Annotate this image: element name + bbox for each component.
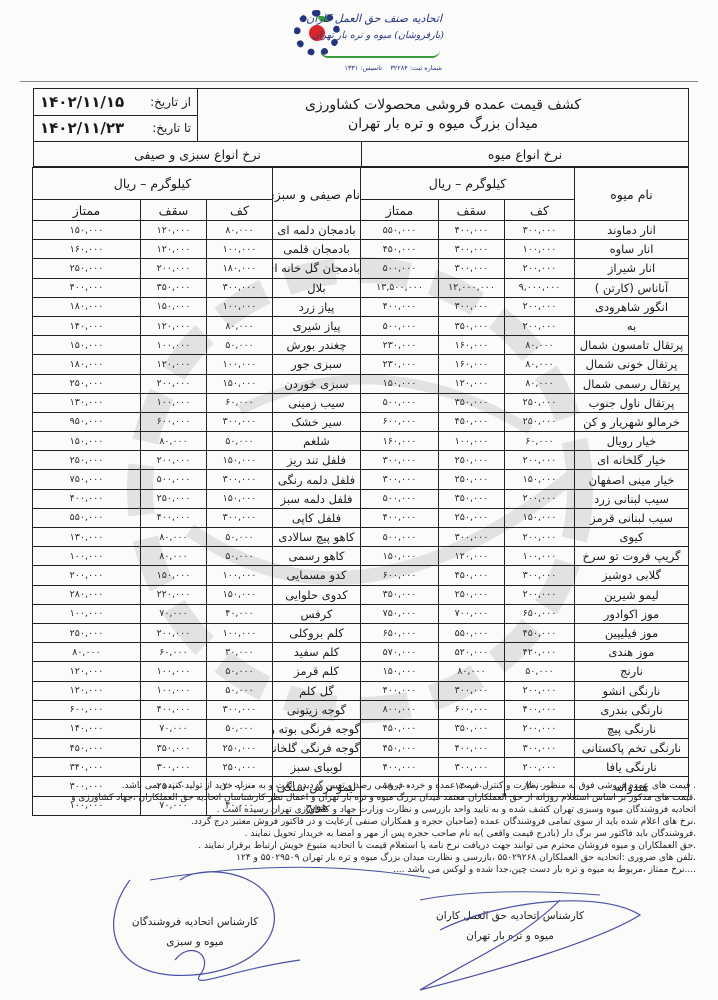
fruit-max-price: ۳۵۰,۰۰۰ xyxy=(439,393,505,412)
fruit-premium-price: ۳۰۰,۰۰۰ xyxy=(361,451,439,470)
vegetable-row: گل کلم۵۰,۰۰۰۱۰۰,۰۰۰۱۲۰,۰۰۰ xyxy=(33,681,361,700)
fruit-max-price: ۳۰۰,۰۰۰ xyxy=(439,758,505,777)
vegetable-row: فلفل کاپی۳۰۰,۰۰۰۴۰۰,۰۰۰۵۵۰,۰۰۰ xyxy=(33,508,361,527)
fruit-max-price: ۳۰۰,۰۰۰ xyxy=(439,681,505,700)
vegetable-premium-price: ۱۲۰,۰۰۰ xyxy=(33,662,141,681)
fruit-row: لیمو شیرین۲۰۰,۰۰۰۲۵۰,۰۰۰۳۵۰,۰۰۰ xyxy=(361,585,689,604)
fruit-max-price: ۳۰۰,۰۰۰ xyxy=(439,259,505,278)
vegetable-min-price: ۱۰۰,۰۰۰ xyxy=(207,623,273,642)
vegetable-min-price: ۲۵۰,۰۰۰ xyxy=(207,758,273,777)
fruit-row: نارنگی پیچ۲۰۰,۰۰۰۳۵۰,۰۰۰۴۵۰,۰۰۰ xyxy=(361,719,689,738)
fruit-max-price: ۱۶۰,۰۰۰ xyxy=(439,355,505,374)
vegetable-premium-price: ۲۸۰,۰۰۰ xyxy=(33,585,141,604)
vegetable-name-cell: فلفل دلمه سبز xyxy=(273,489,361,508)
vegetable-row: گوجه زیتونی۳۰۰,۰۰۰۴۰۰,۰۰۰۶۰۰,۰۰۰ xyxy=(33,700,361,719)
vegetable-min-price: ۵۰,۰۰۰ xyxy=(207,432,273,451)
vegetable-max-price: ۱۰۰,۰۰۰ xyxy=(141,662,207,681)
logo-registration: شماره ثبت: ۳۲۲۸۴ تاسیس: ۱۳۳۱ xyxy=(344,64,442,72)
fruit-min-price: ۲۰۰,۰۰۰ xyxy=(505,585,575,604)
vegetable-premium-price: ۸۰,۰۰۰ xyxy=(33,643,141,662)
fruit-name-cell: خیار گلخانه ای xyxy=(575,451,689,470)
fruit-premium-price: ۲۳۰,۰۰۰ xyxy=(361,336,439,355)
vegetable-max-price: ۷۰,۰۰۰ xyxy=(141,604,207,623)
fruit-min-price: ۲۰۰,۰۰۰ xyxy=(505,681,575,700)
fruit-row: خیار رویال۶۰,۰۰۰۱۰۰,۰۰۰۱۶۰,۰۰۰ xyxy=(361,432,689,451)
vegetable-max-price: ۸۰,۰۰۰ xyxy=(141,432,207,451)
fruit-row: پرتقال خونی شمال۸۰,۰۰۰۱۶۰,۰۰۰۲۳۰,۰۰۰ xyxy=(361,355,689,374)
fruit-name-cell: پرتقال تامسون شمال xyxy=(575,336,689,355)
vegetable-premium-price: ۹۵۰,۰۰۰ xyxy=(33,412,141,431)
fruit-min-price: ۲۰۰,۰۰۰ xyxy=(505,451,575,470)
vegetable-max-price: ۶۰,۰۰۰ xyxy=(141,643,207,662)
footnote-line: .قیمت های مذکور بر اساس استعلام روزانه ا… xyxy=(46,792,696,804)
fruit-premium-price: ۴۰۰,۰۰۰ xyxy=(361,297,439,316)
fruit-row: موز هندی۴۲۰,۰۰۰۵۲۰,۰۰۰۵۷۰,۰۰۰ xyxy=(361,643,689,662)
fruit-row: پرتقال رسمی شمال۸۰,۰۰۰۱۲۰,۰۰۰۱۵۰,۰۰۰ xyxy=(361,374,689,393)
footnote-line: .فروشندگان باید فاکتور سر برگ دار (بادرج… xyxy=(46,828,696,840)
fruit-max-price: ۳۵۰,۰۰۰ xyxy=(439,316,505,335)
handwritten-signature-icon xyxy=(0,860,718,1000)
vegetable-row: چغندر بورش۵۰,۰۰۰۱۰۰,۰۰۰۱۵۰,۰۰۰ xyxy=(33,336,361,355)
vegetable-max-price: ۱۲۰,۰۰۰ xyxy=(141,240,207,259)
vegetable-row: کرفس۴۰,۰۰۰۷۰,۰۰۰۱۰۰,۰۰۰ xyxy=(33,604,361,623)
vegetable-min-price: ۵۰,۰۰۰ xyxy=(207,719,273,738)
vegetable-premium-price: ۴۰۰,۰۰۰ xyxy=(33,489,141,508)
fruit-max-price: ۳۵۰,۰۰۰ xyxy=(439,719,505,738)
fruit-name-cell: پرتقال خونی شمال xyxy=(575,355,689,374)
vegetable-max-price: ۳۵۰,۰۰۰ xyxy=(141,278,207,297)
fruit-min-price: ۹,۰۰۰,۰۰۰ xyxy=(505,278,575,297)
fruit-min-price: ۶۰,۰۰۰ xyxy=(505,432,575,451)
fruit-premium-price: ۵۰۰,۰۰۰ xyxy=(361,316,439,335)
vegetable-premium-price: ۱۲۰,۰۰۰ xyxy=(33,681,141,700)
fruit-premium-price: ۷۵۰,۰۰۰ xyxy=(361,604,439,623)
vegetable-table-body: بادمجان دلمه ای۸۰,۰۰۰۱۲۰,۰۰۰۱۵۰,۰۰۰بادمج… xyxy=(33,221,361,816)
vegetable-max-price: ۸۰,۰۰۰ xyxy=(141,528,207,547)
vegetable-max-price: ۱۰۰,۰۰۰ xyxy=(141,336,207,355)
fruit-premium-price: ۶۵۰,۰۰۰ xyxy=(361,623,439,642)
fruit-row: انار دماوند۳۰۰,۰۰۰۴۰۰,۰۰۰۵۵۰,۰۰۰ xyxy=(361,221,689,240)
vegetable-premium-price: ۳۴۰,۰۰۰ xyxy=(33,758,141,777)
vegetable-max-price: ۴۰۰,۰۰۰ xyxy=(141,508,207,527)
vegetable-max-price: ۱۲۰,۰۰۰ xyxy=(141,355,207,374)
footnotes: . قیمت های عمده فروشی فوق به منظور نظارت… xyxy=(46,780,696,876)
fruit-max-price: ۷۰۰,۰۰۰ xyxy=(439,604,505,623)
to-date-row: تا تاریخ: ۱۴۰۲/۱۱/۲۳ xyxy=(34,115,197,142)
fruit-row: انگور شاهرودی۲۰۰,۰۰۰۳۰۰,۰۰۰۴۰۰,۰۰۰ xyxy=(361,297,689,316)
fruit-name-cell: گلابی دوشیز xyxy=(575,566,689,585)
vegetable-unit-header: کیلوگرم – ریال xyxy=(33,168,273,200)
fruit-max-price: ۱۶۰,۰۰۰ xyxy=(439,336,505,355)
vegetable-name-cell: بادمجان گل خانه ای xyxy=(273,259,361,278)
vegetable-name-cell: بادمجان دلمه ای xyxy=(273,221,361,240)
vegetable-max-price: ۲۵۰,۰۰۰ xyxy=(141,489,207,508)
fruit-row: نارنگی بندری۴۰۰,۰۰۰۶۰۰,۰۰۰۸۰۰,۰۰۰ xyxy=(361,700,689,719)
vegetable-min-price: ۳۰۰,۰۰۰ xyxy=(207,412,273,431)
vegetable-max-price: ۳۰۰,۰۰۰ xyxy=(141,758,207,777)
fruit-max-price: ۲۵۰,۰۰۰ xyxy=(439,508,505,527)
fruit-name-cell: سیب لبنانی زرد xyxy=(575,489,689,508)
fruit-name-cell: خرمالو شهریار و کن xyxy=(575,412,689,431)
vegetable-name-cell: گوجه فرنگی گلخانه xyxy=(273,739,361,758)
fruit-min-price: ۴۰۰,۰۰۰ xyxy=(505,700,575,719)
fruit-min-price: ۴۵۰,۰۰۰ xyxy=(505,623,575,642)
vegetable-row: سیر خشک۳۰۰,۰۰۰۶۰۰,۰۰۰۹۵۰,۰۰۰ xyxy=(33,412,361,431)
vegetable-row: گوجه فرنگی گلخانه۲۵۰,۰۰۰۳۵۰,۰۰۰۴۵۰,۰۰۰ xyxy=(33,739,361,758)
fruit-premium-price: ۵۰۰,۰۰۰ xyxy=(361,393,439,412)
vegetable-max-price: ۷۰,۰۰۰ xyxy=(141,719,207,738)
fruit-min-price: ۱۰۰,۰۰۰ xyxy=(505,240,575,259)
fruit-max-price: ۳۰۰,۰۰۰ xyxy=(439,297,505,316)
fruit-min-price: ۲۰۰,۰۰۰ xyxy=(505,758,575,777)
vegetable-max-price: ۲۰۰,۰۰۰ xyxy=(141,259,207,278)
fruit-premium-price: ۲۳۰,۰۰۰ xyxy=(361,355,439,374)
vegetable-row: کاهو رسمی۵۰,۰۰۰۸۰,۰۰۰۱۰۰,۰۰۰ xyxy=(33,547,361,566)
vegetable-premium-price: ۱۴۰,۰۰۰ xyxy=(33,719,141,738)
vegetable-premium-price: ۱۰۰,۰۰۰ xyxy=(33,547,141,566)
logo-reg-number: شماره ثبت: ۳۲۲۸۴ xyxy=(390,64,442,72)
fruit-name-cell: کیوی xyxy=(575,528,689,547)
fruit-max-price: ۱۲,۰۰۰,۰۰۰ xyxy=(439,278,505,297)
fruit-unit-header: کیلوگرم – ریال xyxy=(361,168,575,200)
vegetable-premium-price: ۲۵۰,۰۰۰ xyxy=(33,451,141,470)
vegetable-name-cell: بلال xyxy=(273,278,361,297)
vegetable-min-price: ۵۰,۰۰۰ xyxy=(207,528,273,547)
fruit-min-price: ۲۰۰,۰۰۰ xyxy=(505,489,575,508)
fruit-name-cell: انار ساوه xyxy=(575,240,689,259)
vegetable-min-price: ۳۰۰,۰۰۰ xyxy=(207,278,273,297)
vegetable-min-price: ۵۰,۰۰۰ xyxy=(207,662,273,681)
signature-right-subtitle: میوه و تره بار تهران xyxy=(420,926,600,946)
vegetable-row: پیاز شیری۸۰,۰۰۰۱۲۰,۰۰۰۱۴۰,۰۰۰ xyxy=(33,316,361,335)
vegetable-name-cell: پیاز زرد xyxy=(273,297,361,316)
vegetable-max-price: ۳۵۰,۰۰۰ xyxy=(141,739,207,758)
vegetable-name-cell: فلفل تند ریز xyxy=(273,451,361,470)
fruit-name-header: نام میوه xyxy=(575,168,689,221)
vegetable-max-price: ۱۲۰,۰۰۰ xyxy=(141,316,207,335)
vegetable-premium-price: ۲۵۰,۰۰۰ xyxy=(33,623,141,642)
document-title: کشف قیمت عمده فروشی محصولات کشاورزی میدا… xyxy=(198,89,688,141)
vegetable-min-price: ۵۰,۰۰۰ xyxy=(207,681,273,700)
signature-left-title: کارشناس اتحادیه فروشندگان xyxy=(120,912,270,932)
vegetable-name-cell: کلم قرمز xyxy=(273,662,361,681)
vegetable-name-cell: کلم بروکلی xyxy=(273,623,361,642)
vegetable-name-cell: کدوی حلوایی xyxy=(273,585,361,604)
vegetable-premium-price: ۲۵۰,۰۰۰ xyxy=(33,374,141,393)
fruit-name-cell: سیب لبنانی قرمز xyxy=(575,508,689,527)
fruit-max-price: ۲۵۰,۰۰۰ xyxy=(439,470,505,489)
vegetable-row: گوجه فرنگی بوته رس۵۰,۰۰۰۷۰,۰۰۰۱۴۰,۰۰۰ xyxy=(33,719,361,738)
vegetable-max-price: ۴۰۰,۰۰۰ xyxy=(141,700,207,719)
vegetable-row: کلم قرمز۵۰,۰۰۰۱۰۰,۰۰۰۱۲۰,۰۰۰ xyxy=(33,662,361,681)
fruit-min-price: ۸۰,۰۰۰ xyxy=(505,355,575,374)
fruit-min-price: ۸۰,۰۰۰ xyxy=(505,336,575,355)
vegetable-row: سبزی جور۱۰۰,۰۰۰۱۲۰,۰۰۰۱۸۰,۰۰۰ xyxy=(33,355,361,374)
footnote-line: اتحادیه فروشندگان میوه وسبزی تهران کشف ش… xyxy=(46,804,696,816)
vegetable-max-price: ۲۲۰,۰۰۰ xyxy=(141,585,207,604)
fruit-max-price: ۱۰۰,۰۰۰ xyxy=(439,432,505,451)
fruit-max-price: ۵۲۰,۰۰۰ xyxy=(439,643,505,662)
vegetable-min-price: ۳۰۰,۰۰۰ xyxy=(207,470,273,489)
vegetable-min-price: ۳۰,۰۰۰ xyxy=(207,643,273,662)
vegetable-max-price: ۵۰۰,۰۰۰ xyxy=(141,470,207,489)
vegetable-row: فلفل تند ریز۱۵۰,۰۰۰۲۰۰,۰۰۰۲۵۰,۰۰۰ xyxy=(33,451,361,470)
fruit-name-cell: لیمو شیرین xyxy=(575,585,689,604)
fruit-min-price: ۳۰۰,۰۰۰ xyxy=(505,739,575,758)
fruit-row: خیار مینی اصفهان۱۵۰,۰۰۰۲۵۰,۰۰۰۳۰۰,۰۰۰ xyxy=(361,470,689,489)
vegetable-premium-price: ۲۵۰,۰۰۰ xyxy=(33,259,141,278)
fruit-name-cell: نارنج xyxy=(575,662,689,681)
fruit-price-section: نرخ انواع میوه نام میوه کیلوگرم – ریال ک… xyxy=(361,142,689,797)
fruit-premium-price: ۶۰۰,۰۰۰ xyxy=(361,412,439,431)
fruit-row: نارنگی یافا۲۰۰,۰۰۰۳۰۰,۰۰۰۴۰۰,۰۰۰ xyxy=(361,758,689,777)
vegetable-row: بادمجان دلمه ای۸۰,۰۰۰۱۲۰,۰۰۰۱۵۰,۰۰۰ xyxy=(33,221,361,240)
fruit-section-title: نرخ انواع میوه xyxy=(361,142,689,167)
fruit-max-price: ۲۵۰,۰۰۰ xyxy=(439,585,505,604)
vegetable-max-price: ۱۰۰,۰۰۰ xyxy=(141,681,207,700)
logo-founded: تاسیس: ۱۳۳۱ xyxy=(344,64,382,72)
fruit-name-cell: به xyxy=(575,316,689,335)
fruit-premium-price: ۵۰۰,۰۰۰ xyxy=(361,528,439,547)
vegetable-min-price: ۱۰۰,۰۰۰ xyxy=(207,566,273,585)
vegetable-name-cell: سبزی خوردن xyxy=(273,374,361,393)
vegetable-name-cell: لوبیای سبز xyxy=(273,758,361,777)
fruit-row: نارنگی انشو۲۰۰,۰۰۰۳۰۰,۰۰۰۴۰۰,۰۰۰ xyxy=(361,681,689,700)
fruit-min-price: ۲۰۰,۰۰۰ xyxy=(505,316,575,335)
fruit-row: کیوی۲۰۰,۰۰۰۳۰۰,۰۰۰۵۰۰,۰۰۰ xyxy=(361,528,689,547)
fruit-max-price: ۲۵۰,۰۰۰ xyxy=(439,451,505,470)
from-date-value: ۱۴۰۲/۱۱/۱۵ xyxy=(40,93,124,111)
vegetable-max-price: ۸۰,۰۰۰ xyxy=(141,547,207,566)
vegetable-row: بلال۳۰۰,۰۰۰۳۵۰,۰۰۰۴۰۰,۰۰۰ xyxy=(33,278,361,297)
fruit-row: نارنج۵۰,۰۰۰۸۰,۰۰۰۱۵۰,۰۰۰ xyxy=(361,662,689,681)
vegetable-row: سیب زمینی۶۰,۰۰۰۱۰۰,۰۰۰۱۳۰,۰۰۰ xyxy=(33,393,361,412)
fruit-name-cell: موز اکوادور xyxy=(575,604,689,623)
footnote-line: .نرخ های اعلام شده باید از سوی تمامی فرو… xyxy=(46,816,696,828)
fruit-max-price: ۵۵۰,۰۰۰ xyxy=(439,623,505,642)
vegetable-row: بادمجان گل خانه ای۱۸۰,۰۰۰۲۰۰,۰۰۰۲۵۰,۰۰۰ xyxy=(33,259,361,278)
fruit-premium-price: ۴۰۰,۰۰۰ xyxy=(361,681,439,700)
logo-title: اتحادیه صنف حق العمل کاران xyxy=(306,12,442,25)
fruit-premium-price: ۳۵۰,۰۰۰ xyxy=(361,585,439,604)
vegetable-premium-price: ۶۰۰,۰۰۰ xyxy=(33,700,141,719)
fruit-row: پرتقال ناول جنوب۲۵۰,۰۰۰۳۵۰,۰۰۰۵۰۰,۰۰۰ xyxy=(361,393,689,412)
fruit-name-cell: نارنگی انشو xyxy=(575,681,689,700)
title-line-1: کشف قیمت عمده فروشی محصولات کشاورزی xyxy=(305,96,581,115)
fruit-row: موز فیلیپین۴۵۰,۰۰۰۵۵۰,۰۰۰۶۵۰,۰۰۰ xyxy=(361,623,689,642)
fruit-name-cell: گریپ فروت تو سرخ xyxy=(575,547,689,566)
vegetable-row: پیاز زرد۱۰۰,۰۰۰۱۵۰,۰۰۰۱۸۰,۰۰۰ xyxy=(33,297,361,316)
fruit-name-cell: آناناس (کارتن ) xyxy=(575,278,689,297)
fruit-min-price: ۴۲۰,۰۰۰ xyxy=(505,643,575,662)
fruit-min-price: ۲۰۰,۰۰۰ xyxy=(505,259,575,278)
vegetable-premium-price: ۲۰۰,۰۰۰ xyxy=(33,566,141,585)
from-date-row: از تاریخ: ۱۴۰۲/۱۱/۱۵ xyxy=(34,89,197,115)
vegetable-name-cell: سیب زمینی xyxy=(273,393,361,412)
fruit-max-price: ۴۰۰,۰۰۰ xyxy=(439,739,505,758)
vegetable-name-cell: گوجه فرنگی بوته رس xyxy=(273,719,361,738)
footnote-line: .حق العملکاران و میوه فروشان محترم می تو… xyxy=(46,840,696,852)
vegetable-premium-price: ۱۳۰,۰۰۰ xyxy=(33,528,141,547)
logo-swoosh-icon xyxy=(320,50,440,58)
vegetable-min-price: ۱۰۰,۰۰۰ xyxy=(207,297,273,316)
vegetable-max-price: ۲۰۰,۰۰۰ xyxy=(141,623,207,642)
fruit-premium-price: ۱۵۰,۰۰۰ xyxy=(361,374,439,393)
vegetable-min-price: ۳۰۰,۰۰۰ xyxy=(207,700,273,719)
vegetable-row: کلم بروکلی۱۰۰,۰۰۰۲۰۰,۰۰۰۲۵۰,۰۰۰ xyxy=(33,623,361,642)
vegetable-premium-price: ۵۵۰,۰۰۰ xyxy=(33,508,141,527)
fruit-premium-price: ۵۰۰,۰۰۰ xyxy=(361,489,439,508)
fruit-max-price: ۶۰۰,۰۰۰ xyxy=(439,700,505,719)
vegetable-name-cell: سیر خشک xyxy=(273,412,361,431)
fruit-max-price: ۸۰,۰۰۰ xyxy=(439,662,505,681)
vegetable-row: کدوی حلوایی۱۵۰,۰۰۰۲۲۰,۰۰۰۲۸۰,۰۰۰ xyxy=(33,585,361,604)
fruit-name-cell: نارنگی بندری xyxy=(575,700,689,719)
from-date-label: از تاریخ: xyxy=(150,95,191,109)
fruit-row: گریپ فروت تو سرخ۱۰۰,۰۰۰۱۲۰,۰۰۰۱۵۰,۰۰۰ xyxy=(361,547,689,566)
fruit-premium-price: ۱۶۰,۰۰۰ xyxy=(361,432,439,451)
fruit-row: موز اکوادور۶۵۰,۰۰۰۷۰۰,۰۰۰۷۵۰,۰۰۰ xyxy=(361,604,689,623)
fruit-name-cell: پرتقال رسمی شمال xyxy=(575,374,689,393)
vegetable-col-min: کف xyxy=(207,200,273,221)
vegetable-name-cell: پیاز شیری xyxy=(273,316,361,335)
fruit-row: سیب لبنانی قرمز۱۵۰,۰۰۰۲۵۰,۰۰۰۴۰۰,۰۰۰ xyxy=(361,508,689,527)
vegetable-min-price: ۶۰,۰۰۰ xyxy=(207,393,273,412)
vegetable-col-max: سقف xyxy=(141,200,207,221)
fruit-row: سیب لبنانی زرد۲۰۰,۰۰۰۳۵۰,۰۰۰۵۰۰,۰۰۰ xyxy=(361,489,689,508)
vegetable-name-cell: سبزی جور xyxy=(273,355,361,374)
signature-left-subtitle: میوه و سبزی xyxy=(120,932,270,952)
fruit-name-cell: انار شیراز xyxy=(575,259,689,278)
fruit-name-cell: نارنگی تخم پاکستانی xyxy=(575,739,689,758)
fruit-row: خرمالو شهریار و کن۲۵۰,۰۰۰۴۵۰,۰۰۰۶۰۰,۰۰۰ xyxy=(361,412,689,431)
vegetable-min-price: ۵۰,۰۰۰ xyxy=(207,336,273,355)
vegetable-premium-price: ۱۸۰,۰۰۰ xyxy=(33,297,141,316)
vegetable-premium-price: ۱۵۰,۰۰۰ xyxy=(33,432,141,451)
vegetable-name-cell: گل کلم xyxy=(273,681,361,700)
fruit-row: به۲۰۰,۰۰۰۳۵۰,۰۰۰۵۰۰,۰۰۰ xyxy=(361,316,689,335)
fruit-row: انار شیراز۲۰۰,۰۰۰۳۰۰,۰۰۰۵۰۰,۰۰۰ xyxy=(361,259,689,278)
vegetable-name-cell: کاهو رسمی xyxy=(273,547,361,566)
fruit-max-price: ۳۰۰,۰۰۰ xyxy=(439,528,505,547)
fruit-table-body: انار دماوند۳۰۰,۰۰۰۴۰۰,۰۰۰۵۵۰,۰۰۰انار ساو… xyxy=(361,221,689,797)
vegetable-name-cell: بادمجان قلمی xyxy=(273,240,361,259)
vegetable-name-cell: کدو مسمایی xyxy=(273,566,361,585)
fruit-max-price: ۳۵۰,۰۰۰ xyxy=(439,489,505,508)
vegetable-section-title: نرخ انواع سبزی و صیفی xyxy=(33,142,361,167)
vegetable-max-price: ۱۵۰,۰۰۰ xyxy=(141,297,207,316)
fruit-premium-price: ۴۵۰,۰۰۰ xyxy=(361,240,439,259)
fruit-premium-price: ۱۵۰,۰۰۰ xyxy=(361,547,439,566)
footnote-line: . قیمت های عمده فروشی فوق به منظور نظارت… xyxy=(46,780,696,792)
fruit-premium-price: ۶۰۰,۰۰۰ xyxy=(361,566,439,585)
fruit-min-price: ۵۰,۰۰۰ xyxy=(505,662,575,681)
fruit-name-cell: خیار رویال xyxy=(575,432,689,451)
vegetable-min-price: ۱۵۰,۰۰۰ xyxy=(207,374,273,393)
vegetable-row: سبزی خوردن۱۵۰,۰۰۰۲۰۰,۰۰۰۲۵۰,۰۰۰ xyxy=(33,374,361,393)
vegetable-premium-price: ۷۵۰,۰۰۰ xyxy=(33,470,141,489)
fruit-col-min: کف xyxy=(505,200,575,221)
vegetable-premium-price: ۱۵۰,۰۰۰ xyxy=(33,221,141,240)
vegetable-min-price: ۱۰۰,۰۰۰ xyxy=(207,240,273,259)
vegetable-premium-price: ۴۰۰,۰۰۰ xyxy=(33,278,141,297)
vegetable-min-price: ۴۰,۰۰۰ xyxy=(207,604,273,623)
vegetable-name-cell: گوجه زیتونی xyxy=(273,700,361,719)
fruit-max-price: ۱۲۰,۰۰۰ xyxy=(439,547,505,566)
fruit-row: پرتقال تامسون شمال۸۰,۰۰۰۱۶۰,۰۰۰۲۳۰,۰۰۰ xyxy=(361,336,689,355)
fruit-max-price: ۱۲۰,۰۰۰ xyxy=(439,374,505,393)
fruit-min-price: ۱۵۰,۰۰۰ xyxy=(505,470,575,489)
vegetable-min-price: ۵۰,۰۰۰ xyxy=(207,547,273,566)
fruit-min-price: ۲۰۰,۰۰۰ xyxy=(505,528,575,547)
vegetable-row: لوبیای سبز۲۵۰,۰۰۰۳۰۰,۰۰۰۳۴۰,۰۰۰ xyxy=(33,758,361,777)
vegetable-min-price: ۲۵۰,۰۰۰ xyxy=(207,739,273,758)
vegetable-premium-price: ۴۵۰,۰۰۰ xyxy=(33,739,141,758)
vegetable-premium-price: ۱۰۰,۰۰۰ xyxy=(33,604,141,623)
fruit-min-price: ۳۰۰,۰۰۰ xyxy=(505,566,575,585)
to-date-value: ۱۴۰۲/۱۱/۲۳ xyxy=(40,119,124,137)
fruit-min-price: ۲۵۰,۰۰۰ xyxy=(505,412,575,431)
vegetable-min-price: ۱۵۰,۰۰۰ xyxy=(207,451,273,470)
fruit-premium-price: ۵۰۰,۰۰۰ xyxy=(361,259,439,278)
fruit-min-price: ۲۰۰,۰۰۰ xyxy=(505,297,575,316)
fruit-row: نارنگی تخم پاکستانی۳۰۰,۰۰۰۴۰۰,۰۰۰۴۵۰,۰۰۰ xyxy=(361,739,689,758)
vegetable-min-price: ۳۰۰,۰۰۰ xyxy=(207,508,273,527)
fruit-row: آناناس (کارتن )۹,۰۰۰,۰۰۰۱۲,۰۰۰,۰۰۰۱۳,۵۰۰… xyxy=(361,278,689,297)
union-logo: اتحادیه صنف حق العمل کاران (بارفروشان) م… xyxy=(290,6,450,74)
fruit-max-price: ۴۵۰,۰۰۰ xyxy=(439,566,505,585)
fruit-min-price: ۳۰۰,۰۰۰ xyxy=(505,221,575,240)
vegetable-premium-price: ۱۴۰,۰۰۰ xyxy=(33,316,141,335)
fruit-min-price: ۱۵۰,۰۰۰ xyxy=(505,508,575,527)
fruit-name-cell: خیار مینی اصفهان xyxy=(575,470,689,489)
vegetable-premium-price: ۱۵۰,۰۰۰ xyxy=(33,336,141,355)
fruit-name-cell: نارنگی پیچ xyxy=(575,719,689,738)
vegetable-max-price: ۶۰۰,۰۰۰ xyxy=(141,412,207,431)
fruit-min-price: ۲۰۰,۰۰۰ xyxy=(505,719,575,738)
vegetable-name-cell: فلفل دلمه رنگی xyxy=(273,470,361,489)
fruit-premium-price: ۵۵۰,۰۰۰ xyxy=(361,221,439,240)
vegetable-max-price: ۱۲۰,۰۰۰ xyxy=(141,221,207,240)
fruit-premium-price: ۴۵۰,۰۰۰ xyxy=(361,719,439,738)
fruit-premium-price: ۱۵۰,۰۰۰ xyxy=(361,662,439,681)
vegetable-premium-price: ۱۶۰,۰۰۰ xyxy=(33,240,141,259)
vegetable-premium-price: ۱۸۰,۰۰۰ xyxy=(33,355,141,374)
vegetable-name-cell: کلم سفید xyxy=(273,643,361,662)
fruit-row: انار ساوه۱۰۰,۰۰۰۳۰۰,۰۰۰۴۵۰,۰۰۰ xyxy=(361,240,689,259)
vegetable-row: کدو مسمایی۱۰۰,۰۰۰۱۵۰,۰۰۰۲۰۰,۰۰۰ xyxy=(33,566,361,585)
vegetable-max-price: ۱۰۰,۰۰۰ xyxy=(141,393,207,412)
signature-commission-union: کارشناس اتحادیه حق العمل کاران میوه و تر… xyxy=(420,906,600,946)
vegetable-name-header: نام صیفی و سبزی xyxy=(273,168,361,221)
vegetable-row: فلفل دلمه رنگی۳۰۰,۰۰۰۵۰۰,۰۰۰۷۵۰,۰۰۰ xyxy=(33,470,361,489)
vegetable-min-price: ۸۰,۰۰۰ xyxy=(207,316,273,335)
fruit-premium-price: ۱۳,۵۰۰,۰۰۰ xyxy=(361,278,439,297)
signature-right-title: کارشناس اتحادیه حق العمل کاران xyxy=(420,906,600,926)
vegetable-row: کلم سفید۳۰,۰۰۰۶۰,۰۰۰۸۰,۰۰۰ xyxy=(33,643,361,662)
vegetable-row: کاهو پیچ سالادی۵۰,۰۰۰۸۰,۰۰۰۱۳۰,۰۰۰ xyxy=(33,528,361,547)
fruit-name-cell: انار دماوند xyxy=(575,221,689,240)
vegetable-min-price: ۱۸۰,۰۰۰ xyxy=(207,259,273,278)
vegetable-min-price: ۱۰۰,۰۰۰ xyxy=(207,355,273,374)
vegetable-col-premium: ممتاز xyxy=(33,200,141,221)
vegetable-premium-price: ۱۳۰,۰۰۰ xyxy=(33,393,141,412)
vegetable-min-price: ۸۰,۰۰۰ xyxy=(207,221,273,240)
date-range: از تاریخ: ۱۴۰۲/۱۱/۱۵ تا تاریخ: ۱۴۰۲/۱۱/۲… xyxy=(34,89,198,141)
fruit-col-max: سقف xyxy=(439,200,505,221)
vegetable-min-price: ۱۵۰,۰۰۰ xyxy=(207,585,273,604)
vegetable-price-section: نرخ انواع سبزی و صیفی نام صیفی و سبزی کی… xyxy=(33,142,361,816)
